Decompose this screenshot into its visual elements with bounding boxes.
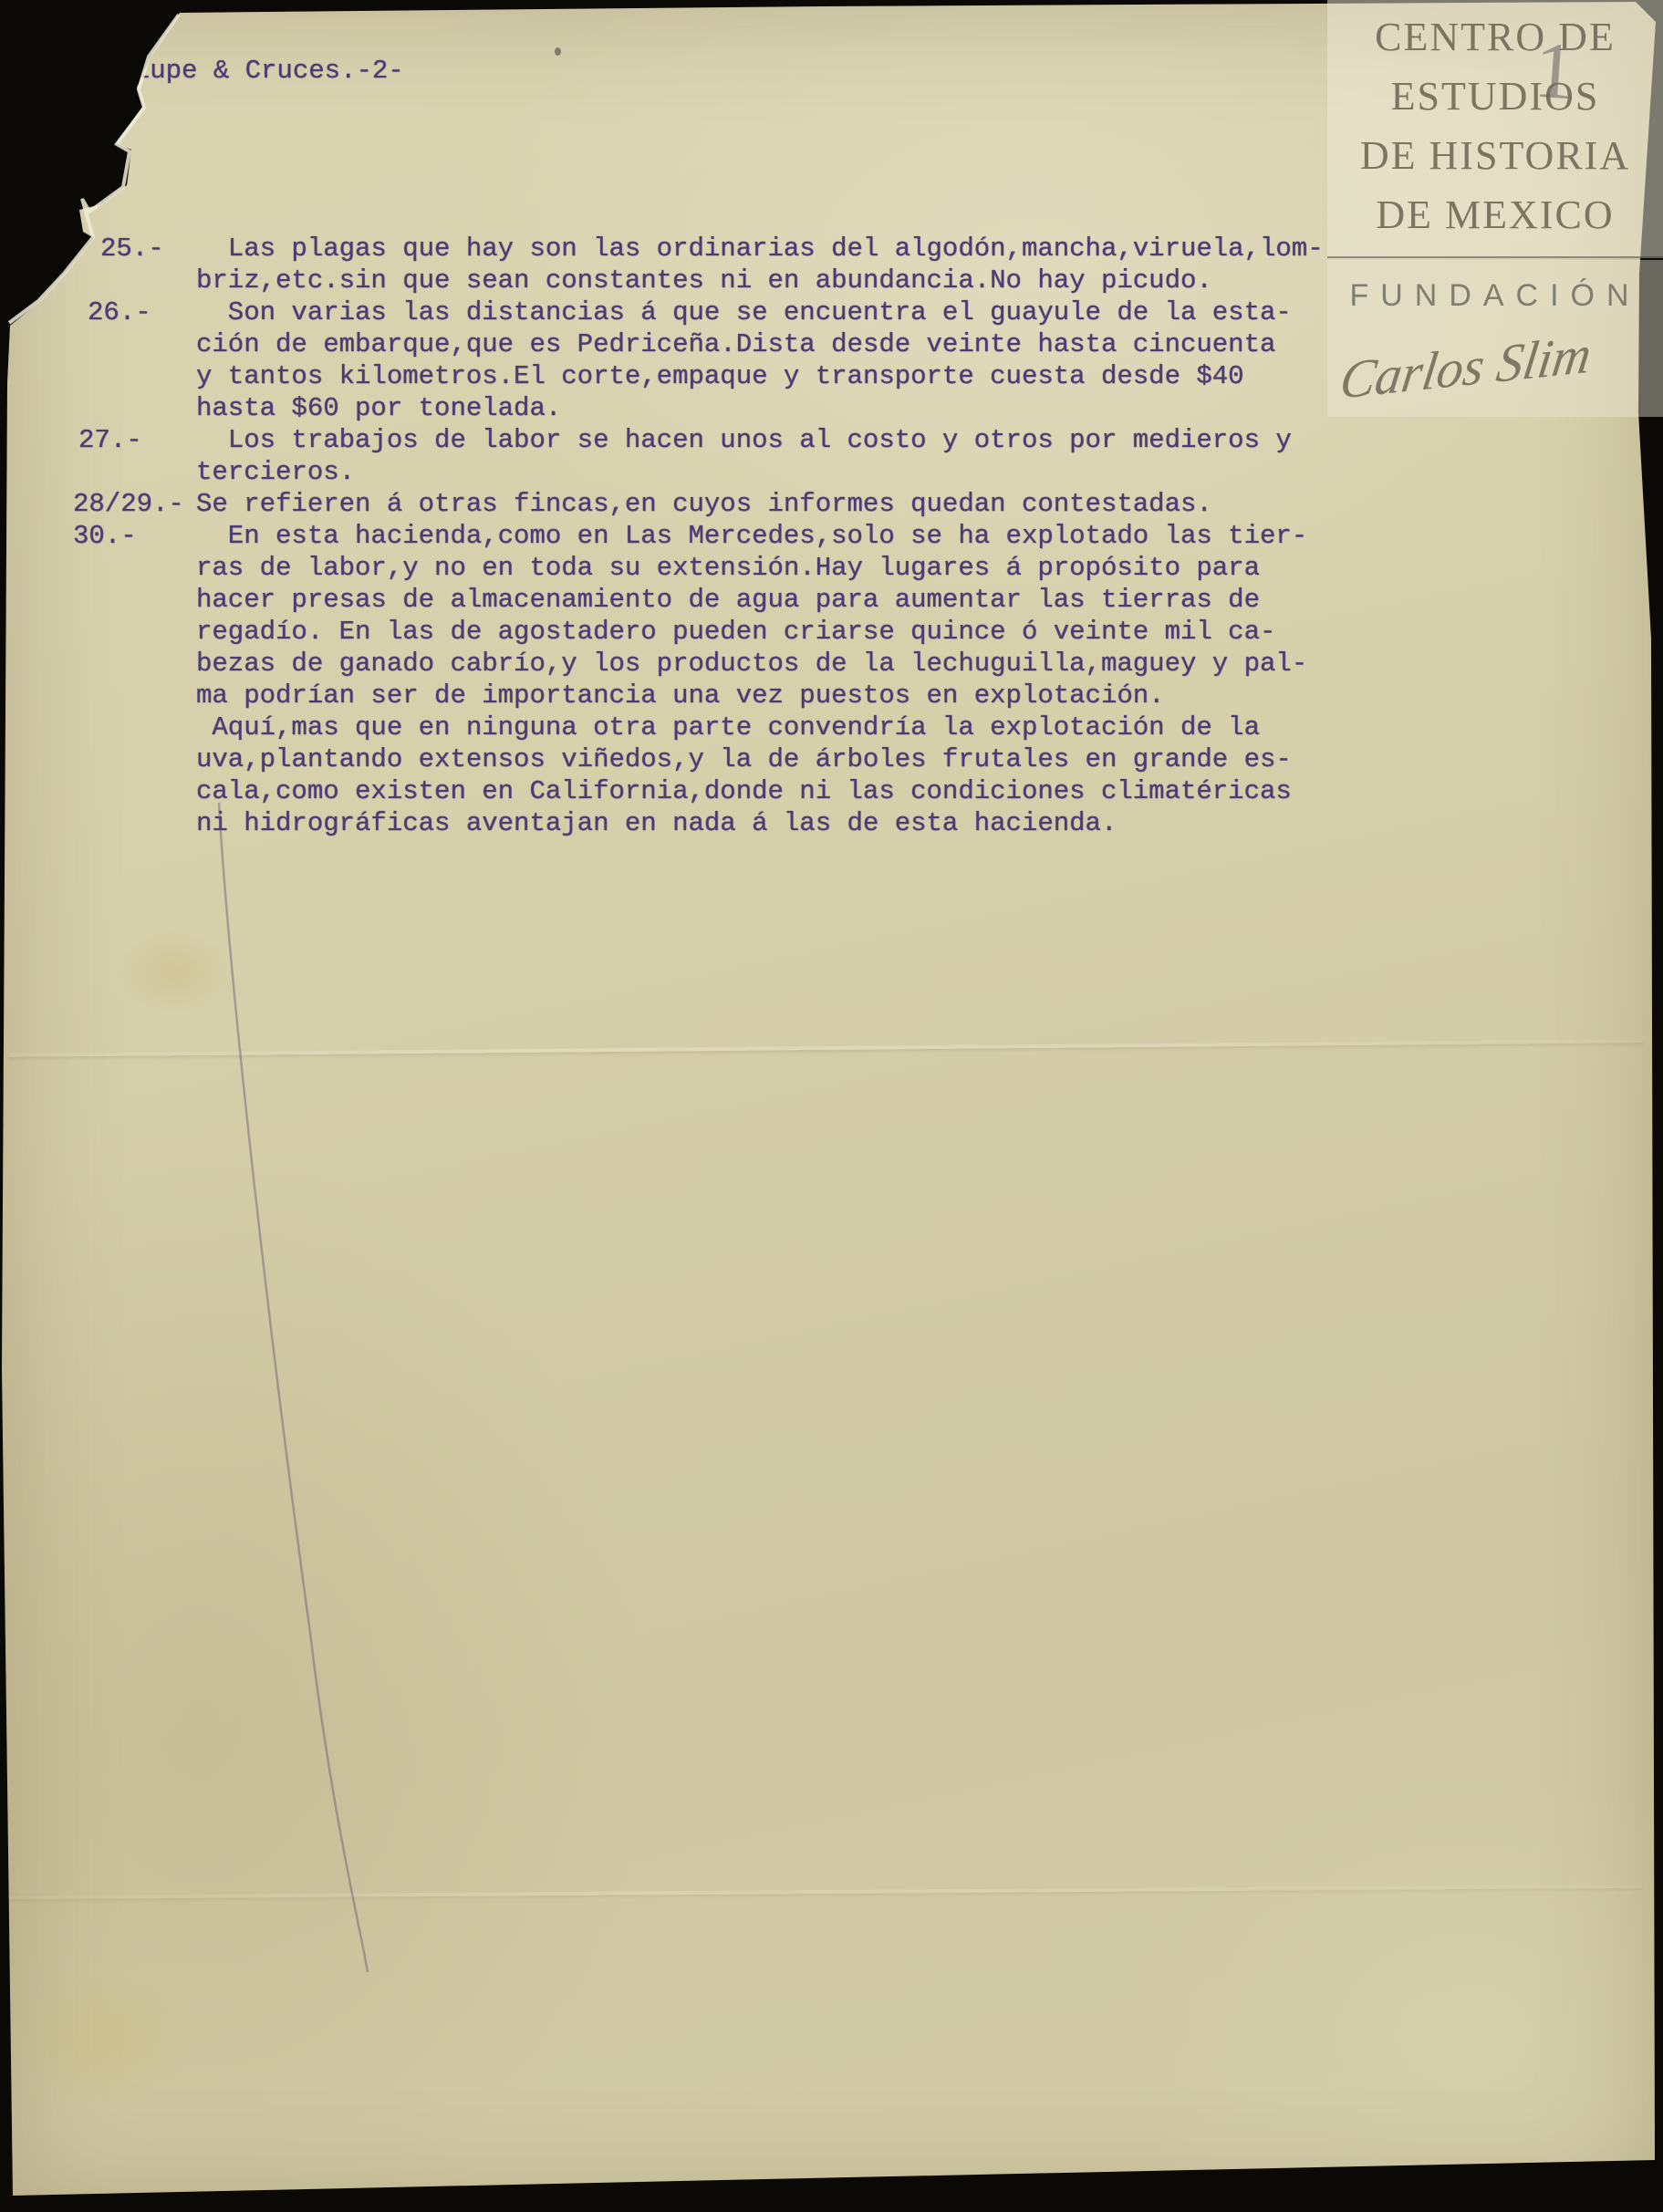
paper-stain bbox=[18, 1970, 192, 2107]
item-number: 25.- bbox=[100, 233, 164, 265]
item-number: 26.- bbox=[88, 296, 151, 328]
watermark-line-3: DE HISTORIA bbox=[1327, 126, 1663, 185]
watermark-fundacion-label: FUNDACIÓN bbox=[1327, 278, 1663, 314]
item-number: 27.- bbox=[78, 424, 142, 456]
paper-stain bbox=[119, 930, 228, 1013]
item-number: 30.- bbox=[73, 520, 137, 552]
item-text: Se refieren á otras fincas,en cuyos info… bbox=[0, 488, 1441, 520]
paper-speck bbox=[555, 47, 561, 56]
watermark-signature-carlos-slim: Carlos Slim bbox=[1336, 323, 1595, 411]
watermark-line-2: ESTUDIOS bbox=[1327, 67, 1663, 126]
document-item-27: 27.- Los trabajos de labor se hacen unos… bbox=[0, 424, 1441, 488]
item-text: Las plagas que hay son las ordinarias de… bbox=[0, 233, 1441, 296]
watermark-fundacion-box: FUNDACIÓN Carlos Slim bbox=[1327, 260, 1663, 417]
watermark-line-4: DE MEXICO bbox=[1327, 185, 1663, 244]
document-header: dalupe & Cruces.-2- bbox=[102, 55, 404, 87]
item-text: Aquí,mas que en ninguna otra parte conve… bbox=[0, 711, 1441, 839]
document-item-25: 25.- Las plagas que hay son las ordinari… bbox=[0, 233, 1441, 296]
item-number: 28/29.- bbox=[73, 488, 184, 520]
horizontal-fold-crease bbox=[9, 1039, 1642, 1057]
horizontal-fold-crease bbox=[9, 1885, 1642, 1899]
document-paragraph-final: Aquí,mas que en ninguna otra parte conve… bbox=[0, 711, 1441, 839]
document-item-30: 30.- En esta hacienda,como en Las Merced… bbox=[0, 520, 1441, 711]
item-text: Los trabajos de labor se hacen unos al c… bbox=[0, 424, 1441, 488]
watermark-centro-estudios: CENTRO DE ESTUDIOS DE HISTORIA DE MEXICO bbox=[1327, 0, 1663, 258]
document-item-28-29: 28/29.- Se refieren á otras fincas,en cu… bbox=[0, 488, 1441, 520]
watermark-line-1: CENTRO DE bbox=[1327, 7, 1663, 67]
item-text: En esta hacienda,como en Las Mercedes,so… bbox=[0, 520, 1441, 711]
item-text: Son varias las distancias á que se encue… bbox=[0, 296, 1441, 424]
document-body: 25.- Las plagas que hay son las ordinari… bbox=[0, 233, 1441, 839]
document-item-26: 26.- Son varias las distancias á que se … bbox=[0, 296, 1441, 424]
scanned-document: dalupe & Cruces.-2- 25.- Las plagas que … bbox=[0, 0, 1663, 2212]
